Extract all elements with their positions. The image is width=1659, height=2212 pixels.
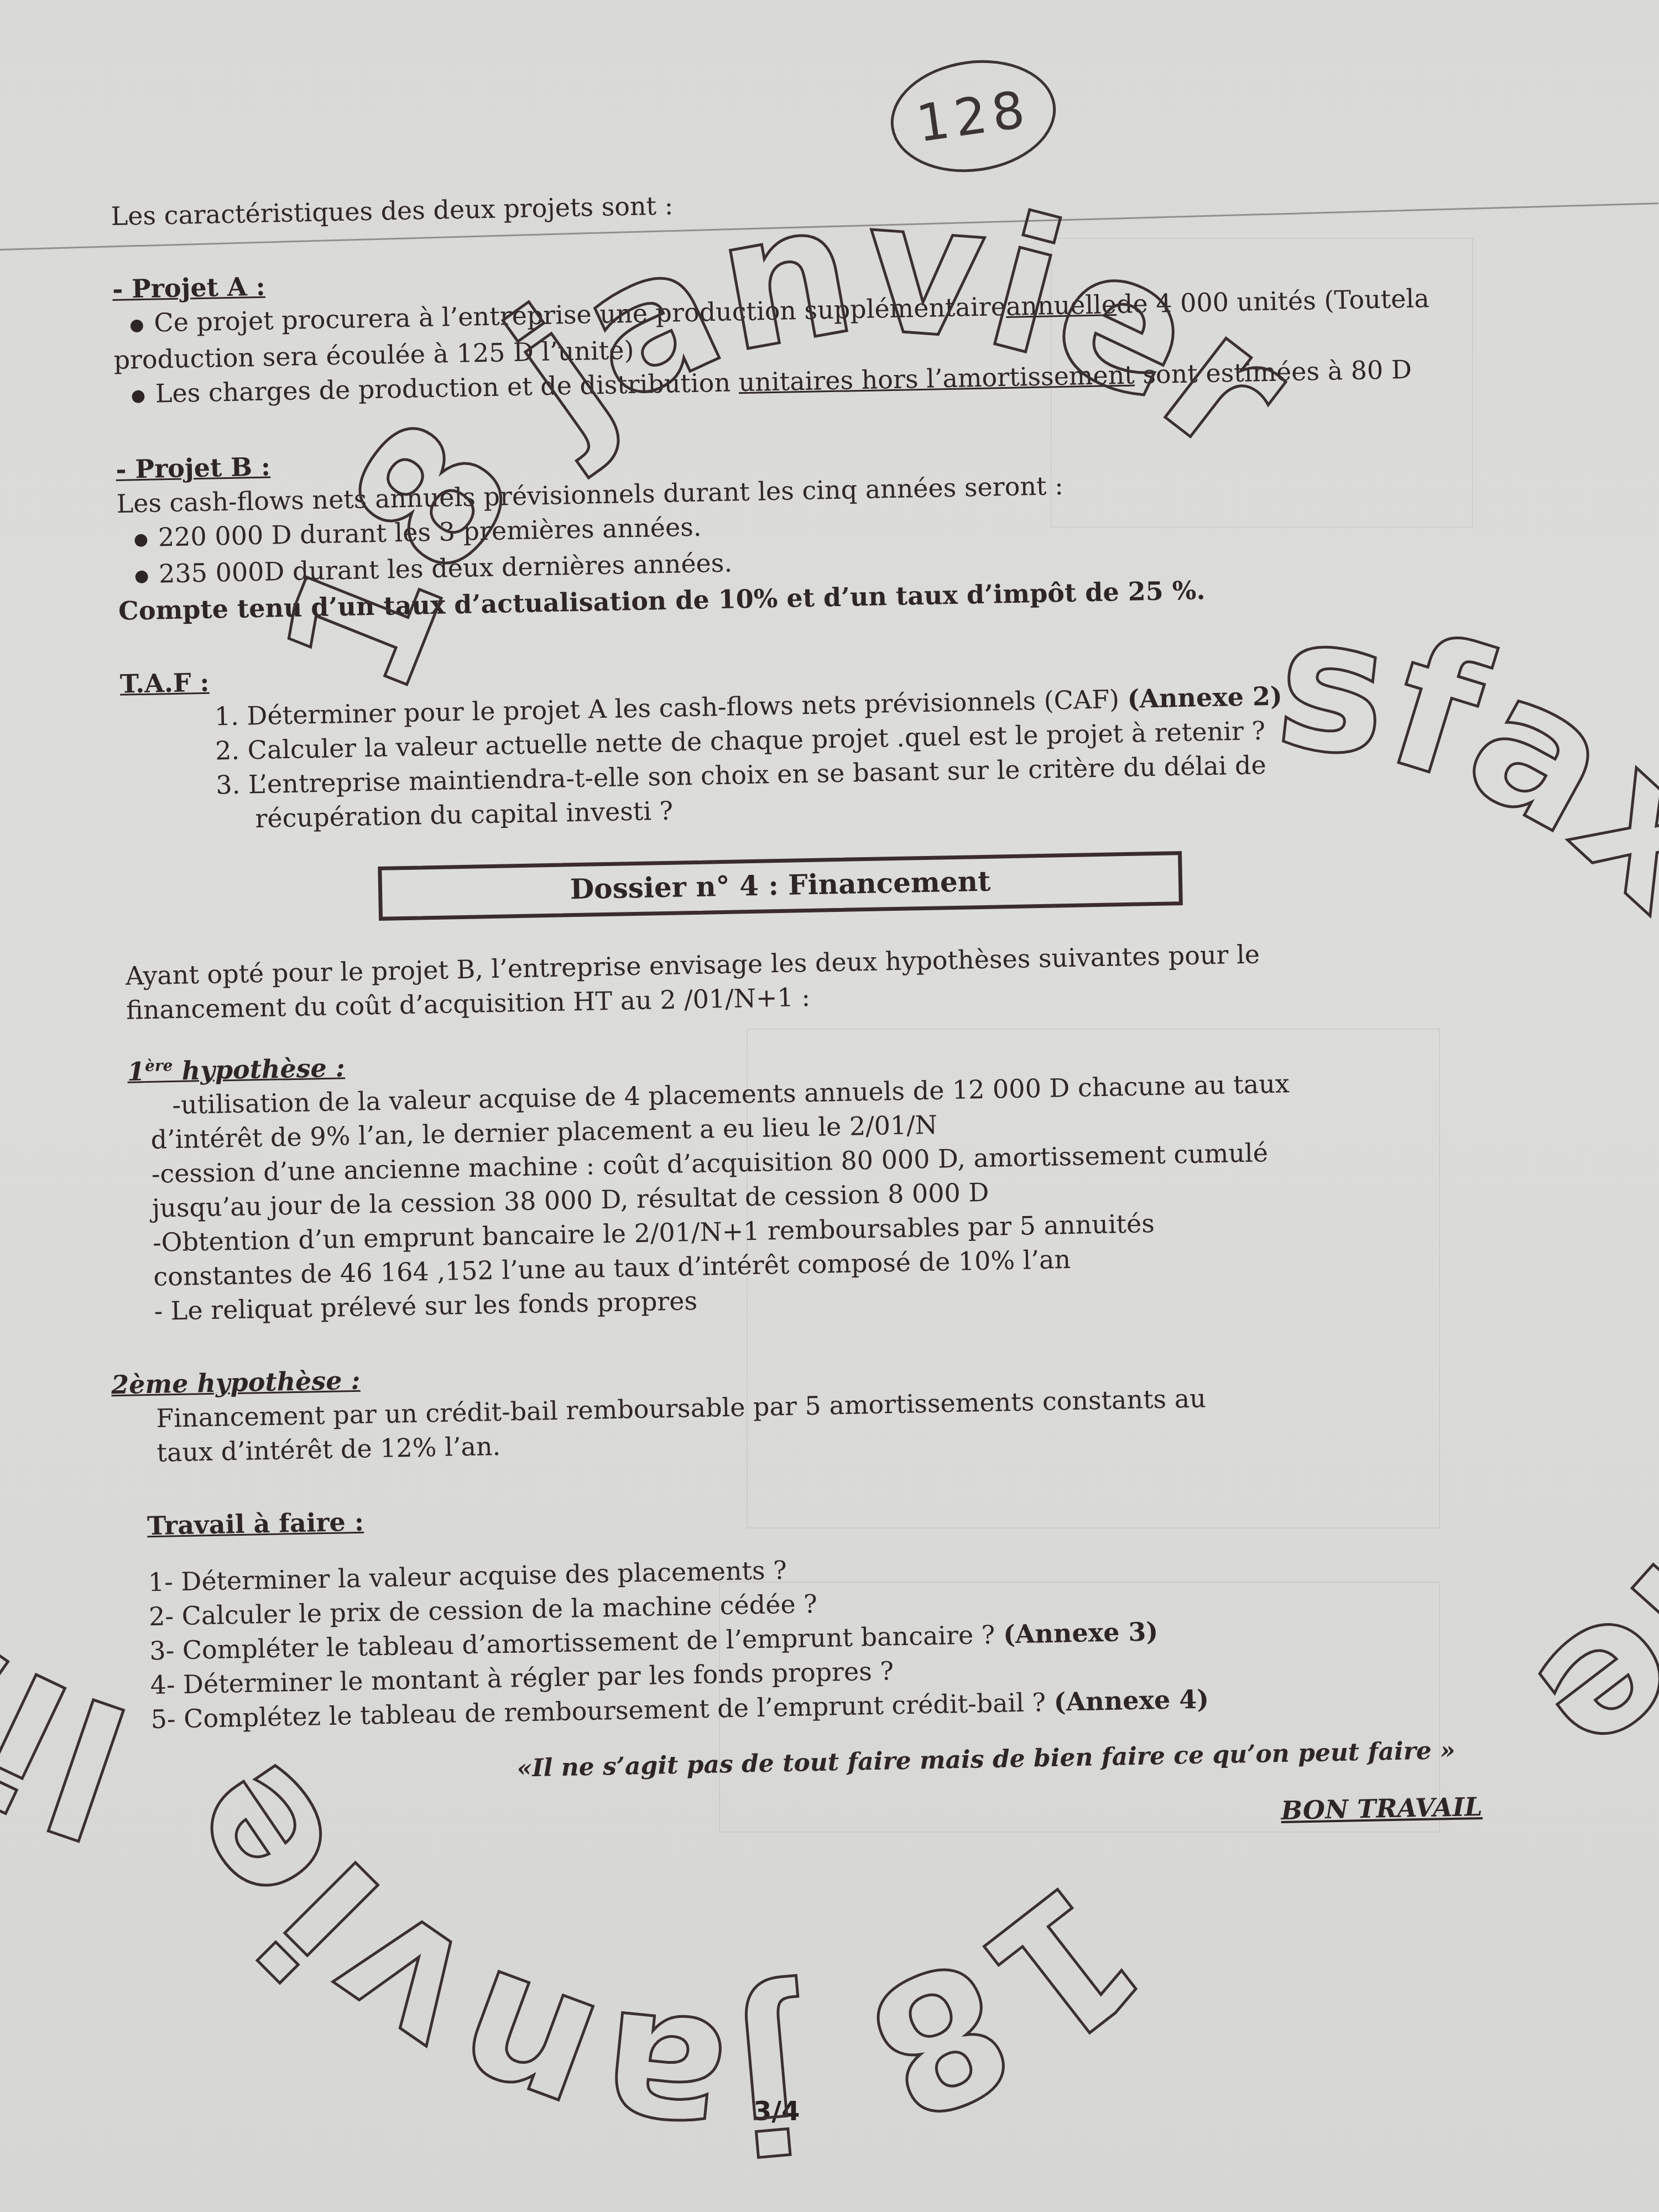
travail-section: Travail à faire : 1- Déterminer la valeu… bbox=[135, 1485, 1411, 1737]
bullet-text: sont estimées à 80 D bbox=[1134, 354, 1412, 390]
hypothese-1-section: 1ère hypothèse : -utilisation de la vale… bbox=[127, 1025, 1404, 1329]
projet-a-section: - Projet A : Ce projet procurera à l’ent… bbox=[112, 248, 1386, 414]
underlined-text: annuelle bbox=[1005, 289, 1117, 321]
handwritten-number: 128 bbox=[913, 79, 1034, 154]
annex-ref: (Annexe 4) bbox=[1053, 1684, 1209, 1717]
dossier-title-box: Dossier n° 4 : Financement bbox=[378, 851, 1183, 921]
heading-text: hypothèse : bbox=[173, 1052, 345, 1086]
dossier-title: Dossier n° 4 : Financement bbox=[570, 865, 990, 906]
heading-number: 1 bbox=[127, 1056, 145, 1087]
annex-ref: (Annexe 3) bbox=[1003, 1616, 1159, 1649]
page-number: 3/4 bbox=[753, 2096, 800, 2127]
annex-ref: (Annexe 2) bbox=[1127, 681, 1282, 713]
bullet-text: de 4 000 unités (Toutela bbox=[1116, 283, 1430, 319]
document-body: Les caractéristiques des deux projets so… bbox=[111, 175, 1414, 1850]
heading-superscript: ère bbox=[145, 1056, 173, 1075]
projet-b-section: - Projet B : Les cash-flows nets annuels… bbox=[116, 428, 1391, 628]
taf-section: T.A.F : 1. Déterminer pour le projet A l… bbox=[119, 643, 1395, 838]
underlined-text: unitaires hors l’amortissement bbox=[738, 360, 1135, 398]
